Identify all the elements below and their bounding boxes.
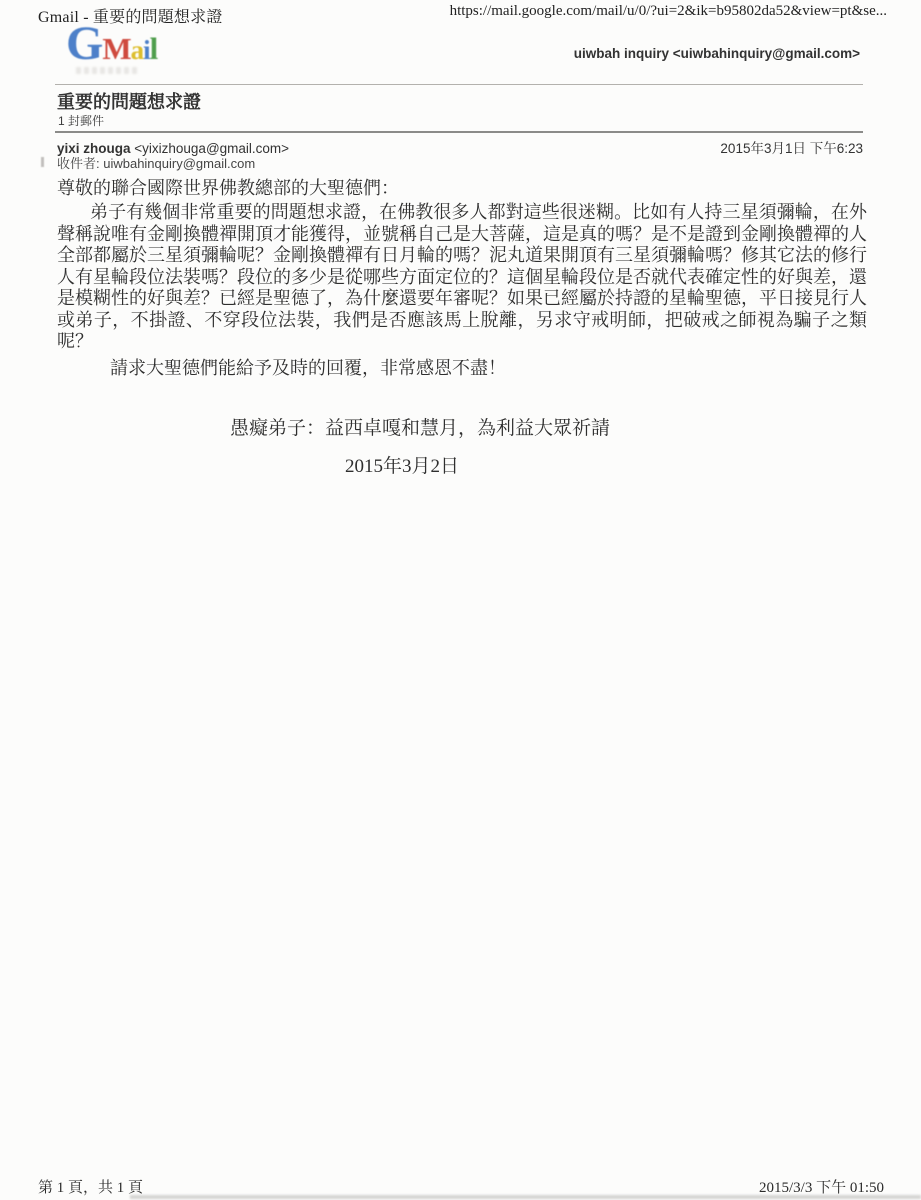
thread-divider: [55, 131, 863, 133]
recipient-line: 收件者: uiwbahinquiry@gmail.com: [57, 153, 255, 172]
gmail-logo-letter-l: l: [150, 31, 158, 67]
scanned-gmail-printout: Gmail - 重要的問題想求證 https://mail.google.com…: [0, 0, 921, 1200]
account-label: uiwbah inquiry <uiwbahinquiry@gmail.com>: [574, 46, 860, 61]
print-header-url: https://mail.google.com/mail/u/0/?ui=2&i…: [450, 3, 887, 20]
body-signature-date: 2015年3月2日: [345, 451, 459, 478]
scan-artifact-speck: [41, 157, 44, 167]
logo-watermark-smudge: [76, 67, 140, 74]
email-subject: 重要的問題想求證: [57, 88, 201, 114]
body-signature: 愚癡弟子：益西卓嘎和慧月，為利益大眾祈請: [230, 413, 610, 440]
body-closing: 請求大聖德們能給予及時的回覆，非常感恩不盡！: [57, 357, 506, 379]
print-footer-pages: 第 1 頁，共 1 頁: [38, 1176, 143, 1197]
print-footer-timestamp: 2015/3/3 下午 01:50: [759, 1176, 884, 1197]
message-date: 2015年3月1日 下午6:23: [720, 137, 863, 157]
message-count: 1 封郵件: [58, 112, 104, 129]
body-paragraph: 弟子有幾個非常重要的問題想求證，在佛教很多人都對這些很迷糊。比如有人持三星須彌輪…: [57, 202, 867, 353]
gmail-logo-letter-a: a: [131, 35, 144, 66]
header-divider: [55, 84, 863, 85]
gmail-logo-letter-m: M: [102, 31, 130, 67]
scan-artifact-streak: [130, 1195, 921, 1199]
gmail-logo: G M a i l: [66, 22, 157, 67]
gmail-logo-letter-g: G: [66, 22, 102, 66]
body-salutation: 尊敬的聯合國際世界佛教總部的大聖德們：: [57, 177, 399, 199]
